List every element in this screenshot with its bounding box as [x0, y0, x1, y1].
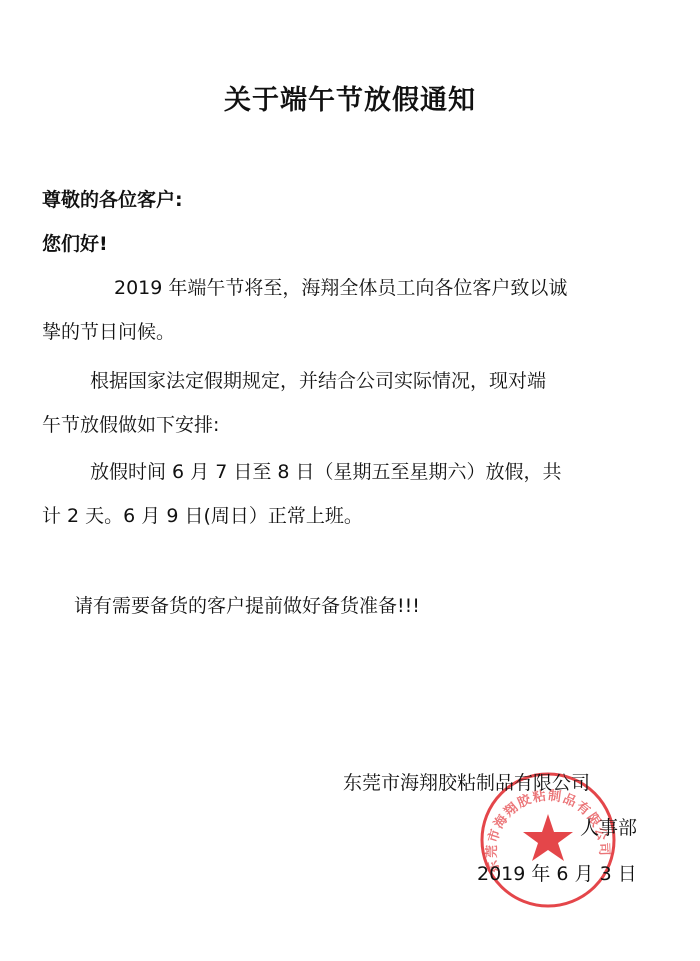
notice-page: 关于端午节放假通知 尊敬的各位客户: 您们好! 2019 年端午节将至，海翔全体…: [0, 0, 700, 961]
department: 人事部: [580, 816, 637, 840]
notice-title: 关于端午节放假通知: [0, 84, 700, 118]
paragraph-1-line-1: 2019 年端午节将至，海翔全体员工向各位客户致以诚: [114, 276, 567, 300]
notice-date: 2019 年 6 月 3 日: [477, 862, 637, 886]
stock-reminder: 请有需要备货的客户提前做好备货准备!!!: [74, 594, 420, 618]
paragraph-1-line-2: 挚的节日问候。: [42, 320, 175, 344]
salutation: 尊敬的各位客户:: [42, 188, 183, 212]
greeting: 您们好!: [42, 232, 108, 256]
paragraph-2-line-1: 根据国家法定假期规定，并结合公司实际情况，现对端: [90, 369, 546, 393]
company-name: 东莞市海翔胶粘制品有限公司: [343, 771, 590, 795]
paragraph-2-line-2: 午节放假做如下安排:: [42, 413, 219, 437]
paragraph-3-line-2: 计 2 天。6 月 9 日(周日）正常上班。: [42, 504, 363, 528]
paragraph-3-line-1: 放假时间 6 月 7 日至 8 日（星期五至星期六）放假，共: [90, 460, 562, 484]
